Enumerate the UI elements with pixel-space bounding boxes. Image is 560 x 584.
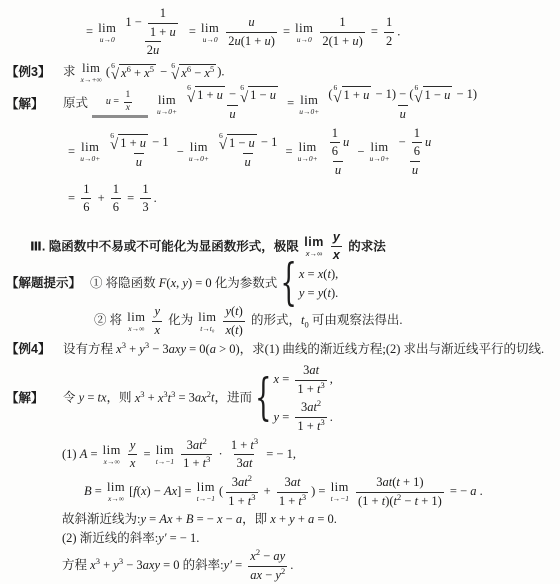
- text-run: =: [68, 191, 78, 205]
- text-run: ② 将: [94, 313, 125, 327]
- limit-subscript: x→∞: [104, 458, 120, 466]
- superscript: 2: [317, 398, 321, 408]
- text-run: 1: [160, 6, 166, 22]
- substitution-bar: [92, 115, 148, 118]
- denominator: u: [243, 153, 253, 171]
- text-run: − 1: [149, 135, 169, 151]
- limit-word: lim: [201, 22, 219, 35]
- math-variable: x3: [90, 558, 100, 572]
- text-run: +: [100, 558, 113, 572]
- limit-subscript: t→−1: [331, 495, 349, 503]
- superscript: 5: [210, 64, 214, 74]
- math-variable: u: [400, 107, 406, 123]
- math-variable: u: [425, 135, 431, 151]
- denominator: 3: [140, 198, 150, 216]
- numerator: 3at(t + 1): [374, 475, 425, 492]
- text-run: =: [140, 447, 153, 461]
- text-run: +: [261, 484, 274, 498]
- numerator: x2 − ay: [248, 549, 287, 566]
- math-variable: u: [140, 136, 146, 152]
- math-variable: u: [412, 163, 418, 179]
- math-variable: x5: [204, 66, 214, 82]
- math-variable: x6: [121, 66, 131, 82]
- radicand: 1 − u: [227, 134, 257, 152]
- math-variable: x3: [158, 391, 168, 405]
- numerator: 16u: [325, 126, 352, 161]
- equation-system: {x = 3at1 + t3,y = 3at21 + t3.: [255, 363, 333, 435]
- text-run: 1 −: [229, 136, 249, 152]
- math-variable: at: [243, 456, 253, 472]
- denominator: 1 + t3: [295, 417, 326, 435]
- fraction: 13: [140, 182, 150, 216]
- math-variable: x3: [116, 342, 126, 356]
- text-run: .: [477, 484, 483, 498]
- math-variable: u: [363, 88, 369, 104]
- fraction: 3at(t + 1)(1 + t)(t2 − t + 1): [356, 475, 444, 509]
- denominator: 1 + t3: [277, 492, 308, 510]
- fraction: 6√1 + u − 6√1 − uu: [184, 86, 281, 122]
- limit-subscript: t→−1: [197, 495, 215, 503]
- superscript: 3: [251, 491, 255, 501]
- radicand: 1 − u: [248, 86, 278, 104]
- radical-sign-icon: √: [240, 91, 248, 105]
- text-run: − 1): [453, 87, 477, 103]
- math-expression: = 16 + 16 = 13.: [68, 182, 554, 216]
- example3-solution-step2: = limu→0+6√1 + u − 1u − limu→0+6√1 − u −…: [68, 126, 554, 179]
- text-run: ,: [330, 372, 333, 388]
- text-run: 1: [414, 126, 420, 142]
- denominator: u: [227, 105, 237, 123]
- numerator: 6√1 + u − 6√1 − u: [184, 86, 281, 105]
- text-run: 6: [414, 144, 420, 160]
- fraction: 12: [384, 15, 394, 49]
- math-variable: at2: [193, 438, 207, 454]
- denominator: u: [134, 153, 144, 171]
- text-run: −: [262, 568, 275, 584]
- radical-sign-icon: √: [110, 138, 118, 152]
- math-variable: x: [333, 248, 340, 264]
- math-expression: ① 将隐函数 F(x, y) = 0 化为参数式{x = x(t),y = y(…: [90, 267, 554, 301]
- limit-subscript: u→0: [297, 36, 312, 44]
- text-run: 故斜渐近线为:: [62, 512, 140, 526]
- example3-label: 【例3】: [6, 65, 63, 81]
- numerator: 1: [384, 15, 394, 32]
- radical: 6√1 + u: [110, 134, 148, 152]
- text-run: (1 +: [241, 34, 265, 50]
- text-run: =: [87, 447, 100, 461]
- root-index: 6: [171, 61, 175, 70]
- limit-subscript: u→0+: [80, 155, 100, 163]
- continuation-derivation-line: = limu→01 − 11 + u2u = limu→0u2u(1 + u) …: [86, 6, 554, 59]
- superscript: 3: [163, 389, 167, 399]
- radicand: 1 + u: [195, 86, 225, 104]
- text-run: ，即: [242, 512, 270, 526]
- math-variable: x2: [201, 391, 211, 405]
- math-variable: Ax: [159, 512, 172, 526]
- radical-sign-icon: √: [171, 68, 179, 82]
- math-expression: 求 limx→+∞(6√x6 + x5 − 6√x6 − x5).: [63, 62, 554, 84]
- limit-word: lim: [295, 22, 313, 35]
- math-variable: u: [444, 88, 450, 104]
- text-run: =: [92, 484, 105, 498]
- math-variable: x5: [144, 66, 154, 82]
- fraction: 16: [81, 182, 91, 216]
- numerator: 1: [123, 91, 132, 102]
- numerator: 1: [330, 126, 340, 143]
- math-variable: Ax: [164, 484, 177, 498]
- math-variable: y′: [224, 558, 232, 572]
- numerator: 1: [81, 182, 91, 199]
- text-run: + 1): [418, 494, 442, 510]
- fraction: 1 + t33at: [229, 438, 260, 472]
- text-run: 求: [63, 65, 79, 79]
- text-run: 1 +: [231, 438, 251, 454]
- text-run: 6: [332, 144, 338, 160]
- radicand: x6 − x5: [179, 64, 216, 82]
- denominator: x: [124, 102, 132, 114]
- limit-word: lim: [81, 141, 99, 154]
- radical: 6√1 + u: [187, 86, 225, 104]
- text-run: =: [186, 24, 199, 38]
- limit-subscript: u→0+: [298, 155, 318, 163]
- root-index: 6: [240, 83, 244, 92]
- text-run: ) =: [311, 484, 328, 498]
- math-variable: x3: [135, 391, 145, 405]
- limit-operator: limu→0: [295, 22, 313, 44]
- radicand: 1 + u: [342, 86, 372, 104]
- limit-word: lim: [197, 481, 215, 494]
- math-variable: u: [169, 25, 175, 41]
- text-run: ): [271, 34, 275, 50]
- intercept-B-line: B = limx→∞[f(x) − Ax] = limt→−1(3at21 + …: [84, 475, 554, 509]
- limit-subscript: u→0+: [299, 108, 319, 116]
- text-run: .: [154, 191, 157, 205]
- solution-label: 【解】: [6, 391, 63, 407]
- math-variable: t3: [298, 494, 306, 510]
- numerator: 1: [337, 15, 347, 32]
- system-row: y = 3at21 + t3.: [274, 400, 333, 434]
- math-variable: t3: [248, 494, 256, 510]
- text-run: 1 +: [150, 25, 170, 41]
- text-run: 1 +: [297, 419, 317, 435]
- text-run: 1 +: [197, 88, 217, 104]
- math-variable: at2: [238, 475, 252, 491]
- root-index: 6: [111, 61, 115, 70]
- numerator: (6√1 + u − 1) − (6√1 − u − 1): [326, 86, 479, 105]
- math-variable: tx: [98, 391, 107, 405]
- radical-sign-icon: √: [111, 68, 119, 82]
- root-index: 6: [334, 83, 338, 92]
- denominator: 2u(1 + u): [226, 32, 277, 50]
- math-variable: t3: [317, 419, 325, 435]
- root-index: 6: [110, 131, 114, 140]
- math-variable: axy: [143, 558, 160, 572]
- limit-subscript: x→∞: [306, 250, 323, 258]
- text-run: 1: [142, 182, 148, 198]
- slope-A-line: (1) A = limx→∞yx = limt→−13at21 + t3 · 1…: [62, 438, 554, 472]
- radical-sign-icon: √: [219, 138, 227, 152]
- denominator: u: [410, 161, 420, 179]
- text-run: ).: [217, 65, 224, 79]
- limit-subscript: u→0+: [157, 108, 177, 116]
- text-run: 原式: [63, 96, 88, 110]
- limit-word: lim: [103, 444, 121, 457]
- radical: 6√1 − u: [415, 86, 453, 104]
- radical-sign-icon: √: [333, 91, 341, 105]
- system-rows: x = 3at1 + t3,y = 3at21 + t3.: [274, 363, 333, 435]
- math-variable: y2: [275, 568, 285, 584]
- denominator: 1 + t3: [181, 454, 212, 472]
- math-variable: ax: [250, 568, 262, 584]
- fraction: yx: [331, 230, 342, 264]
- denominator: u: [398, 105, 408, 123]
- text-run: .: [290, 558, 293, 572]
- text-run: − 1) − (: [372, 87, 413, 103]
- math-expression: 方程 x3 + y3 − 3axy = 0 的斜率:y′ = x2 − ayax…: [62, 549, 554, 583]
- superscript: 3: [302, 491, 306, 501]
- limit-subscript: u→0+: [370, 155, 390, 163]
- text-run: =: [146, 512, 159, 526]
- radical-sign-icon: √: [414, 91, 422, 105]
- superscript: 3: [320, 417, 324, 427]
- fraction: u2u(1 + u): [226, 15, 277, 49]
- denominator: (1 + t)(t2 − t + 1): [356, 492, 444, 510]
- superscript: 3: [206, 454, 210, 464]
- example4-solution-setup: 【解】 令 y = tx，则 x3 + x3t3 = 3ax2t，进而{x = …: [6, 363, 554, 435]
- limit-subscript: u→0: [203, 36, 218, 44]
- numerator: 1: [140, 182, 150, 199]
- numerator: 3at2: [185, 438, 209, 455]
- math-variable: at2: [307, 400, 321, 416]
- fraction: 3at21 + t3: [226, 475, 257, 509]
- numerator: 1 + t3: [229, 438, 260, 455]
- fraction: 3at21 + t3: [181, 438, 212, 472]
- math-expression: 设有方程 x3 + y3 − 3axy = 0(a > 0)，求(1) 曲线的渐…: [63, 342, 554, 358]
- denominator: 6: [330, 142, 340, 160]
- text-run: 1 +: [297, 382, 317, 398]
- limit-word: lim: [82, 62, 100, 75]
- math-expression: = limu→01 − 11 + u2u = limu→0u2u(1 + u) …: [86, 6, 554, 59]
- superscript: 5: [150, 64, 154, 74]
- numerator: 1: [412, 126, 422, 143]
- textbook-page: = limu→01 − 11 + u2u = limu→0u2u(1 + u) …: [0, 0, 560, 584]
- text-run: 1 −: [250, 88, 270, 104]
- system-row: x = x(t),: [299, 267, 338, 283]
- limit-operator: limt→−1: [156, 444, 174, 466]
- math-variable: t0: [301, 313, 309, 327]
- system-rows: x = x(t),y = y(t).: [299, 267, 338, 301]
- superscript: 2: [248, 473, 252, 483]
- text-run: 1 +: [344, 88, 364, 104]
- denominator: ax − y2: [248, 566, 287, 584]
- text-run: −: [157, 65, 170, 79]
- fraction: 11 + u: [148, 6, 178, 40]
- limit-subscript: t→t₀: [200, 325, 214, 333]
- limit-word: lim: [158, 94, 176, 107]
- text-run: =: [304, 286, 317, 302]
- denominator: 1 + t3: [295, 380, 326, 398]
- fraction: y(t)x(t): [223, 304, 244, 338]
- fraction: 16: [330, 126, 340, 160]
- text-run: .: [397, 24, 400, 38]
- text-run: ·: [215, 447, 225, 461]
- text-run: =: [280, 24, 293, 38]
- fraction: 12(1 + u): [320, 15, 364, 49]
- radicand: 1 + u: [118, 134, 148, 152]
- limit-word: lim: [156, 444, 174, 457]
- numerator: 6√1 − u − 1: [216, 134, 279, 153]
- radicand: x6 + x5: [119, 64, 156, 82]
- math-variable: x6: [181, 66, 191, 82]
- text-run: 1 +: [279, 494, 299, 510]
- text-run: (1): [62, 447, 80, 461]
- text-run: = −: [194, 512, 217, 526]
- text-run: ),: [331, 267, 338, 283]
- text-run: Ⅲ. 隐函数中不易或不可能化为显函数形式，极限: [30, 239, 302, 253]
- fraction: 16uu: [325, 126, 352, 179]
- text-run: =: [111, 97, 122, 107]
- math-variable: u: [217, 88, 223, 104]
- limit-operator: limu→0: [201, 22, 219, 44]
- limit-word: lim: [300, 94, 318, 107]
- text-run: ): [239, 323, 243, 339]
- text-run: − 3: [149, 342, 169, 356]
- text-run: 方程: [62, 558, 90, 572]
- denominator: x: [152, 321, 162, 339]
- text-run: +: [131, 66, 144, 82]
- denominator: 2(1 + u): [320, 32, 364, 50]
- limit-operator: limu→0+: [157, 94, 177, 116]
- implicit-slope-line: 方程 x3 + y3 − 3axy = 0 的斜率:y′ = x2 − ayax…: [62, 549, 554, 583]
- math-variable: y: [130, 438, 136, 454]
- limit-operator: limu→0+: [299, 94, 319, 116]
- superscript: 3: [254, 435, 258, 445]
- text-run: −: [354, 144, 367, 158]
- radical: 6√1 − u: [240, 86, 278, 104]
- math-variable: u: [245, 155, 251, 171]
- math-expression: 令 y = tx，则 x3 + x3t3 = 3ax2t，进而{x = 3at1…: [63, 363, 554, 435]
- radical-sign-icon: √: [187, 91, 195, 105]
- text-run: = − 1.: [166, 531, 199, 545]
- example3-header: 【例3】 求 limx→+∞(6√x6 + x5 − 6√x6 − x5).: [6, 62, 554, 84]
- text-run: =: [86, 24, 96, 38]
- fraction: 3at1 + t3: [295, 363, 326, 397]
- limit-subscript: t→−1: [156, 458, 174, 466]
- solution-label: 【解】: [6, 97, 63, 113]
- text-run: − 3: [123, 558, 143, 572]
- text-run: +: [276, 512, 289, 526]
- text-run: 1: [113, 182, 119, 198]
- math-variable: u: [248, 15, 254, 31]
- denominator: u: [333, 161, 343, 179]
- root-index: 6: [219, 131, 223, 140]
- limit-word: lim: [198, 311, 216, 324]
- text-run: =: [68, 144, 78, 158]
- numerator: 3at2: [230, 475, 254, 492]
- radicand: 1 − u: [423, 86, 453, 104]
- math-variable: x2: [250, 549, 260, 565]
- text-run: > 0)，求(1) 曲线的渐近线方程;(2) 求出与渐近线平行的切线.: [216, 342, 544, 356]
- text-run: −: [399, 135, 409, 151]
- text-run: (: [219, 484, 223, 498]
- text-run: 的形式，: [248, 313, 301, 327]
- text-run: 设有方程: [63, 342, 116, 356]
- text-run: +: [94, 191, 107, 205]
- example3-solution-step1: 【解】 原式u = 1xlimu→0+6√1 + u − 6√1 − uu = …: [6, 86, 554, 122]
- math-variable: B: [84, 484, 92, 498]
- text-run: 1: [386, 15, 392, 31]
- superscript: 2: [281, 566, 285, 576]
- text-run: 1: [125, 91, 130, 101]
- text-run: =: [84, 391, 97, 405]
- math-variable: ay: [273, 549, 285, 565]
- denominator: x: [331, 246, 342, 264]
- text-run: +: [173, 512, 186, 526]
- text-run: 化为: [165, 313, 196, 327]
- limit-word: lim: [370, 141, 388, 154]
- text-run: 1 +: [183, 456, 203, 472]
- fraction: 3at1 + t3: [277, 475, 308, 509]
- text-run: −: [191, 66, 204, 82]
- text-run: + 1): [400, 475, 424, 491]
- math-expression: = limu→0+6√1 + u − 1u − limu→0+6√1 − u −…: [68, 126, 554, 179]
- text-run: = 0(: [186, 342, 210, 356]
- hint-label: 【解题提示】: [6, 276, 90, 292]
- limit-operator: limx→∞: [127, 311, 145, 333]
- denominator: 1 + u: [148, 23, 178, 41]
- limit-operator: limu→0+: [80, 141, 100, 163]
- limit-operator: limu→0+: [298, 141, 318, 163]
- limit-operator: limu→0: [98, 22, 116, 44]
- text-run: .: [330, 410, 333, 426]
- substitution-equals: u = 1x: [92, 91, 148, 118]
- text-run: − 1: [258, 135, 278, 151]
- text-run: = 0 的斜率:: [160, 558, 224, 572]
- limit-operator: limt→−1: [331, 481, 349, 503]
- math-variable: t3: [203, 456, 211, 472]
- numerator: 6√1 + u − 1: [107, 134, 170, 153]
- text-run: 1 −: [425, 88, 445, 104]
- limit-subscript: x→∞: [128, 325, 144, 333]
- math-variable: y3: [139, 342, 149, 356]
- denominator: 3at: [234, 454, 254, 472]
- text-run: =: [304, 267, 317, 283]
- fraction: 1x: [123, 91, 132, 113]
- math-variable: u: [249, 136, 255, 152]
- substitution-label: u = 1x: [106, 91, 134, 113]
- system-row: x = 3at1 + t3,: [274, 363, 333, 397]
- math-expression: B = limx→∞[f(x) − Ax] = limt→−1(3at21 + …: [84, 475, 554, 509]
- text-run: (: [106, 65, 110, 79]
- numerator: 1: [158, 6, 168, 23]
- text-run: ) −: [147, 484, 164, 498]
- text-run: 1: [332, 126, 338, 142]
- text-run: = − 1,: [263, 447, 296, 461]
- radical: 6√x6 + x5: [111, 64, 156, 82]
- text-run: ): [239, 304, 243, 320]
- math-variable: B: [186, 512, 194, 526]
- numerator: y: [331, 230, 342, 247]
- text-run: =: [279, 410, 292, 426]
- math-variable: x: [130, 456, 136, 472]
- equation-system: {x = x(t),y = y(t).: [280, 267, 338, 301]
- math-variable: t3: [250, 438, 258, 454]
- example3-solution-result: = 16 + 16 = 13.: [68, 182, 554, 216]
- math-variable: at: [309, 363, 319, 379]
- fraction: 1 − 11 + u2u: [123, 6, 182, 59]
- text-run: (2) 渐近线的斜率:: [62, 531, 158, 545]
- math-expression: 原式u = 1xlimu→0+6√1 + u − 6√1 − uu = limu…: [63, 86, 554, 122]
